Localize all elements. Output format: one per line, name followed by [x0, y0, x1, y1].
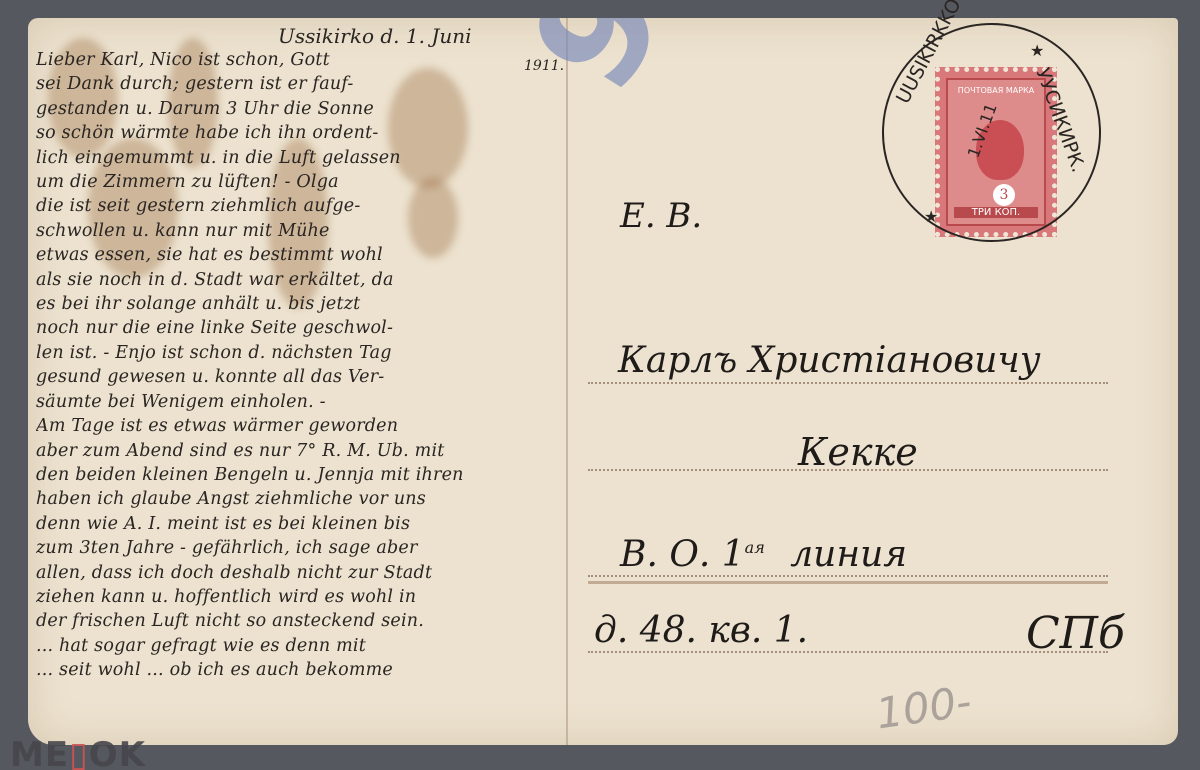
- star-icon: ★: [1030, 41, 1044, 60]
- pencil-price: 100-: [873, 677, 974, 739]
- center-divider: [566, 18, 568, 745]
- street-main: В. О. 1: [620, 534, 745, 575]
- star-icon: ★: [924, 207, 938, 226]
- message-line: lich eingemummt u. in die Luft gelassen: [36, 146, 561, 170]
- recipient-name: Карлъ Христiановичу: [618, 340, 1041, 381]
- watermark-prefix: ME: [10, 735, 69, 770]
- message-line: den beiden kleinen Bengeln u. Jennja mit…: [36, 463, 561, 487]
- message-line: Am Tage ist es etwas wärmer geworden: [36, 414, 561, 438]
- message-line: gesund gewesen u. konnte all das Ver-: [36, 365, 561, 389]
- street-rest: линия: [790, 534, 907, 575]
- place-date: Ussikirko d. 1. Juni: [278, 24, 472, 48]
- recipient-surname: Кекке: [798, 430, 918, 474]
- street-ordinal: ая: [745, 538, 765, 557]
- message-line: ... hat sogar gefragt wie es denn mit: [36, 634, 561, 658]
- message-line: noch nur die eine linke Seite geschwol-: [36, 316, 561, 340]
- message-line: die ist seit gestern ziehmlich aufge-: [36, 194, 561, 218]
- recipient-initials: Е. В.: [620, 196, 702, 236]
- message-line: sei Dank durch; gestern ist er fauf-: [36, 72, 561, 96]
- address-line: [588, 581, 1108, 584]
- address-line: [588, 469, 1108, 471]
- message-line: zum 3ten Jahre - gefährlich, ich sage ab…: [36, 536, 561, 560]
- message-line: Lieber Karl, Nico ist schon, Gott: [36, 48, 561, 72]
- watermark-suffix: OK: [89, 735, 146, 770]
- watermark-logo-icon: ▯: [69, 735, 89, 770]
- message-line: um die Zimmern zu lüften! - Olga: [36, 170, 561, 194]
- message-line: aber zum Abend sind es nur 7° R. M. Ub. …: [36, 439, 561, 463]
- handwritten-message: Lieber Karl, Nico ist schon, Gott sei Da…: [36, 48, 561, 683]
- message-line: etwas essen, sie hat es bestimmt wohl: [36, 243, 561, 267]
- message-line: so schön wärmte habe ich ihn ordent-: [36, 121, 561, 145]
- message-line: ziehen kann u. hoffentlich wird es wohl …: [36, 585, 561, 609]
- message-line: ... seit wohl ... ob ich es auch bekomme: [36, 658, 561, 682]
- site-watermark: ME▯OK: [10, 735, 146, 770]
- message-line: denn wie A. I. meint ist es bei kleinen …: [36, 512, 561, 536]
- message-line: es bei ihr solange anhält u. bis jetzt: [36, 292, 561, 316]
- message-line: säumte bei Wenigem einholen. -: [36, 390, 561, 414]
- message-line: haben ich glaube Angst ziehmliche vor un…: [36, 487, 561, 511]
- postmark-date: 1.VI.11: [964, 101, 1001, 160]
- postmark-right-text: УУСИКИРК.: [1031, 65, 1089, 175]
- address-line: [588, 382, 1108, 384]
- address-line: [588, 575, 1108, 577]
- address-line: [588, 651, 1108, 653]
- postmark-circle: UUSIKIRKKO AS. УУСИКИРК. 1.VI.11 ★ ★: [882, 23, 1101, 242]
- message-line: gestanden u. Darum 3 Uhr die Sonne: [36, 97, 561, 121]
- message-line: als sie noch in d. Stadt war erkältet, d…: [36, 268, 561, 292]
- message-line: allen, dass ich doch deshalb nicht zur S…: [36, 561, 561, 585]
- street-line: В. О. 1ая линия: [620, 534, 907, 575]
- message-line: schwollen u. kann nur mit Mühe: [36, 219, 561, 243]
- message-line: len ist. - Enjo ist schon d. nächsten Ta…: [36, 341, 561, 365]
- house-apartment: д. 48. кв. 1.: [594, 610, 808, 651]
- message-line: der frischen Luft nicht so ansteckend se…: [36, 609, 561, 633]
